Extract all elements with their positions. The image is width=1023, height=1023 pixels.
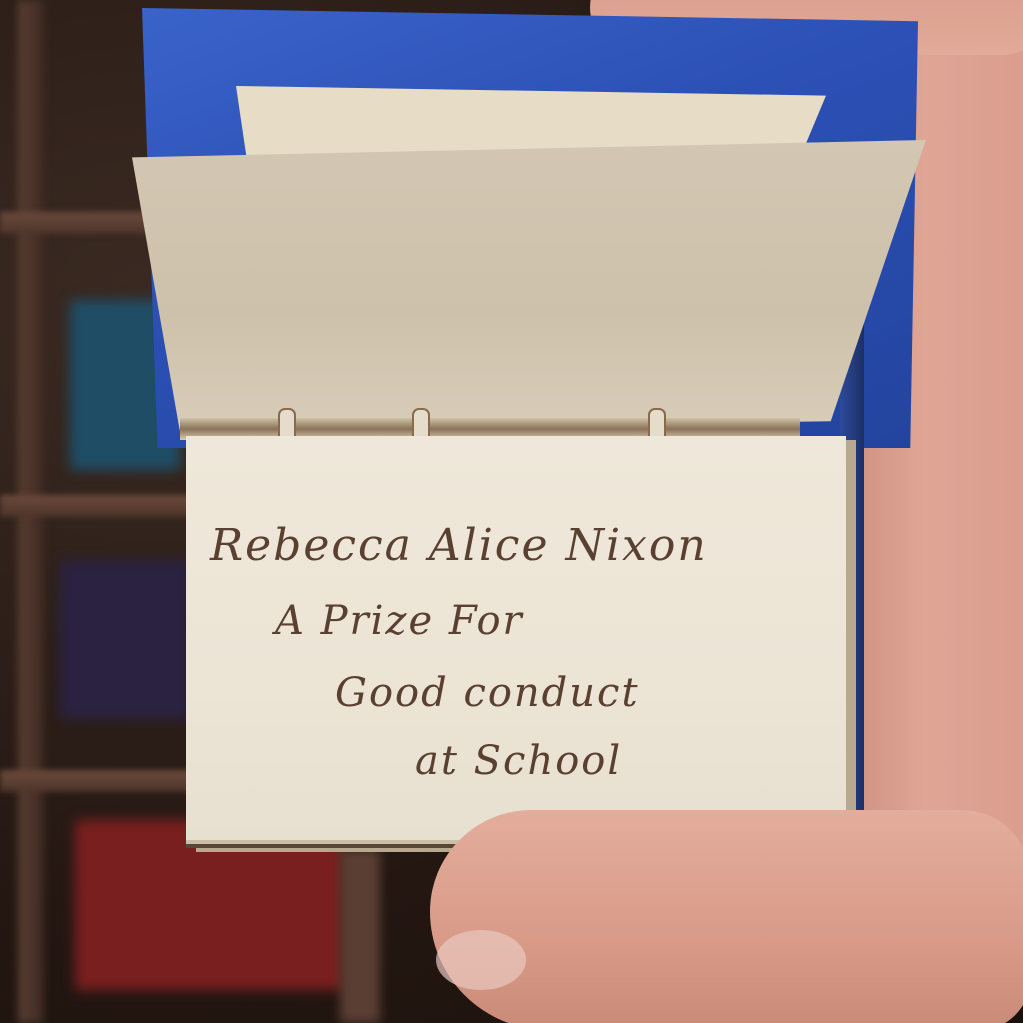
flyleaf-page	[132, 140, 926, 430]
background-book-navy	[60, 560, 190, 720]
inscription-line-conduct: Good conduct	[335, 670, 640, 716]
thumb	[430, 810, 1023, 1023]
photo-scene: Rebecca Alice Nixon A Prize For Good con…	[0, 0, 1023, 1023]
shelf-upright	[340, 850, 380, 1023]
inscription-line-name: Rebecca Alice Nixon	[210, 520, 708, 571]
handwritten-inscription: Rebecca Alice Nixon A Prize For Good con…	[200, 480, 840, 810]
inscription-line-prize: A Prize For	[275, 598, 524, 644]
inscription-line-school: at School	[415, 738, 622, 784]
thumbnail-nail	[436, 930, 526, 990]
